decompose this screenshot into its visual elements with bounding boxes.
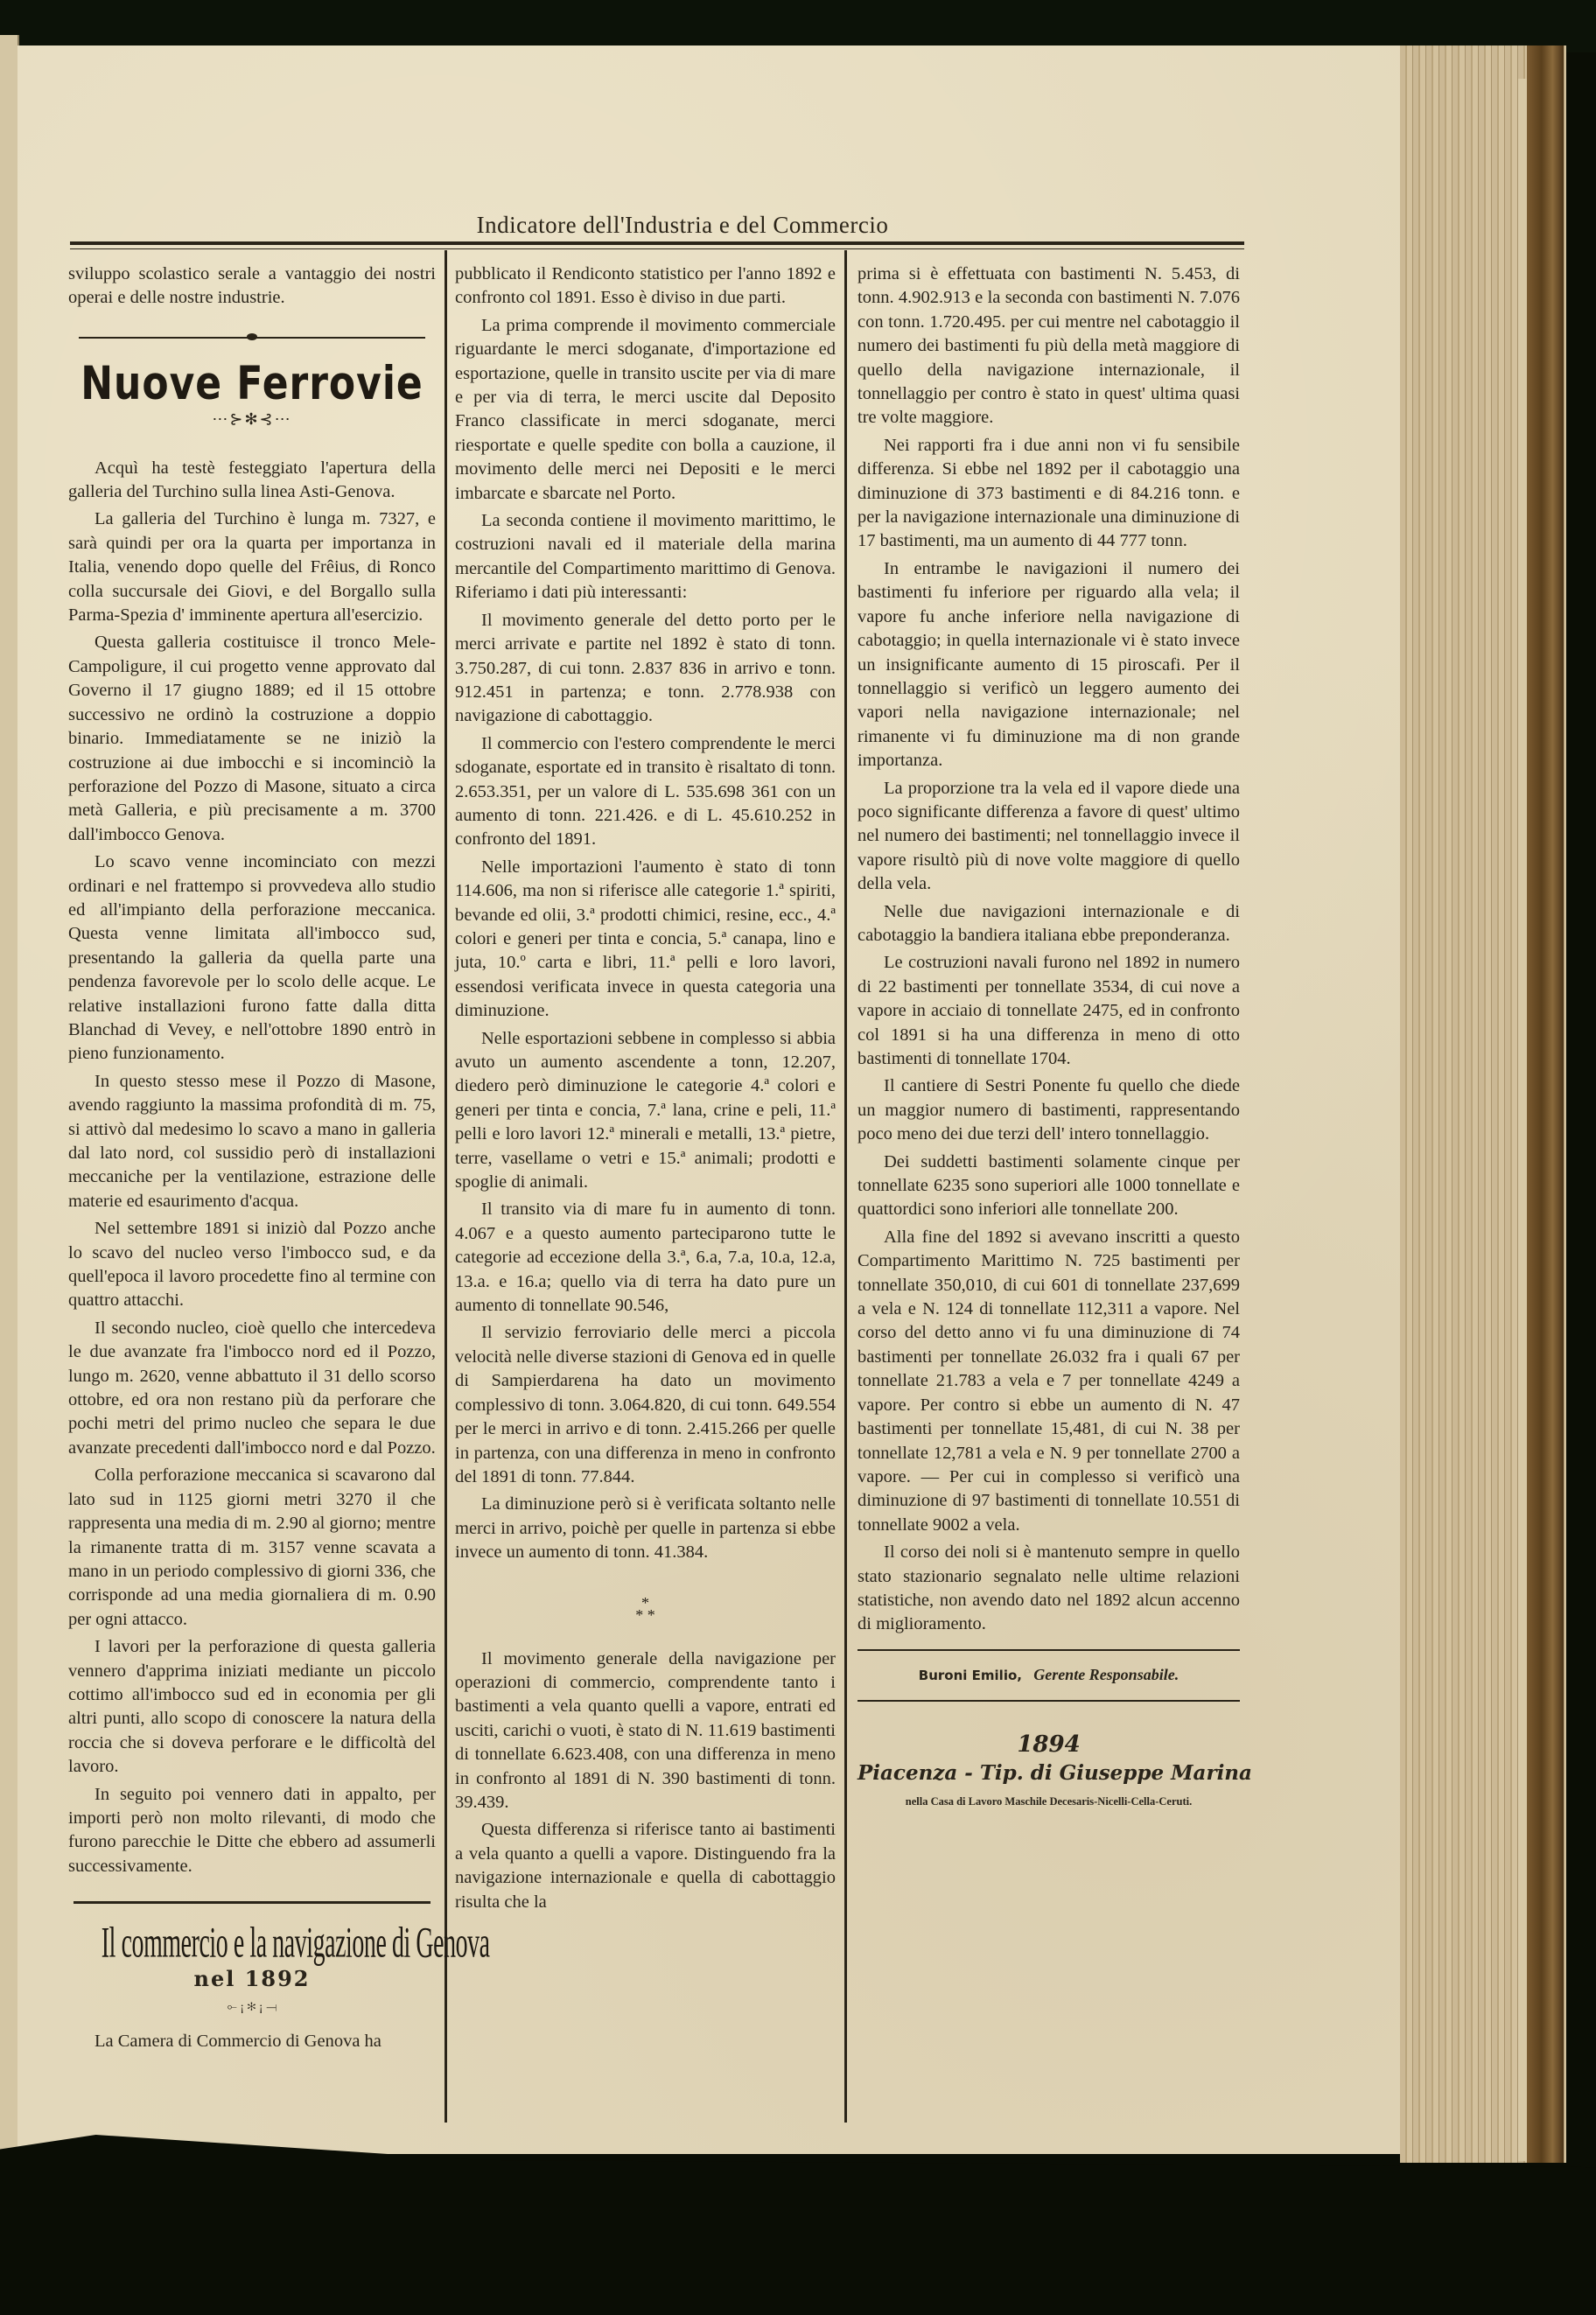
header-rule xyxy=(70,241,1244,245)
article-paragraph: Il cantiere di Sestri Ponente fu quello … xyxy=(857,1074,1240,1146)
scan-background-top xyxy=(0,0,1596,52)
column-1: sviluppo scolastico serale a vantaggio d… xyxy=(68,262,436,2058)
article-paragraph: Nelle esportazioni sebbene in complesso … xyxy=(455,1027,836,1195)
article-paragraph: In seguito poi vennero dati in appalto, … xyxy=(68,1783,436,1879)
article-paragraph: Le costruzioni navali furono nel 1892 in… xyxy=(857,951,1240,1071)
article-paragraph: I lavori per la perforazione di questa g… xyxy=(68,1635,436,1779)
imprint-year: 1894 xyxy=(857,1733,1240,1757)
article-paragraph: Il corso dei noli si è mantenuto sempre … xyxy=(857,1541,1240,1637)
publication-title: Indicatore dell'Industria e del Commerci… xyxy=(455,212,910,239)
fleuron-ornament-icon: ⟜ ¡ ✻ ¡ ⟞ xyxy=(68,1996,436,2019)
scan-background-bottom xyxy=(0,2135,1596,2315)
article-headline: Nuove Ferrovie xyxy=(68,369,436,398)
section-divider xyxy=(73,1901,430,1904)
article-paragraph: Questa differenza si riferisce tanto ai … xyxy=(455,1818,836,1914)
header-rule-thin xyxy=(70,248,1244,249)
article-paragraph: La seconda contiene il movimento maritti… xyxy=(455,509,836,605)
article-paragraph: pubblicato il Rendiconto statistico per … xyxy=(455,262,836,311)
article-paragraph: Acquì ha testè festeggiato l'apertura de… xyxy=(68,457,436,505)
article-headline: Il commercio e la navigazione di Genova xyxy=(101,1927,402,1962)
article-paragraph: Il transito via di mare fu in aumento di… xyxy=(455,1198,836,1318)
article-paragraph: Il movimento generale del detto porto pe… xyxy=(455,609,836,729)
article-paragraph: Nelle importazioni l'aumento è stato di … xyxy=(455,856,836,1024)
fleuron-ornament-icon: ⋯⊱✻⊰⋯ xyxy=(68,408,436,431)
running-header: Indicatore dell'Industria e del Commerci… xyxy=(70,210,1244,250)
column-3: prima si è effettuata con bastimenti N. … xyxy=(857,262,1240,1814)
article-paragraph: prima si è effettuata con bastimenti N. … xyxy=(857,262,1240,430)
article-paragraph: Il servizio ferroviario delle merci a pi… xyxy=(455,1321,836,1489)
asterism-icon: * * * xyxy=(455,1597,836,1621)
signature-rule xyxy=(857,1649,1240,1651)
article-paragraph: La galleria del Turchino è lunga m. 7327… xyxy=(68,507,436,627)
article-paragraph: In entrambe le navigazioni il numero dei… xyxy=(857,557,1240,773)
signature-name: Buroni Emilio, xyxy=(919,1668,1022,1683)
ornamental-divider xyxy=(68,330,436,346)
column-2: pubblicato il Rendiconto statistico per … xyxy=(455,262,836,1918)
article-paragraph: Il commercio con l'estero comprendente l… xyxy=(455,732,836,852)
signature-role: Gerente Responsabile. xyxy=(1033,1666,1179,1683)
book-binding xyxy=(1527,45,1564,2163)
article-paragraph: Alla fine del 1892 si avevano inscritti … xyxy=(857,1226,1240,1537)
article-paragraph: Nelle due navigazioni internazionale e d… xyxy=(857,900,1240,948)
article-subheadline: nel 1892 xyxy=(68,1967,436,1990)
column-divider xyxy=(444,250,447,2123)
column-divider xyxy=(844,250,847,2123)
article-paragraph: La prima comprende il movimento commerci… xyxy=(455,314,836,506)
imprint-note: nella Casa di Lavoro Maschile Decesaris-… xyxy=(857,1790,1240,1814)
article-paragraph: Nei rapporti fra i due anni non vi fu se… xyxy=(857,434,1240,554)
facing-page-edge xyxy=(0,35,19,2187)
article-paragraph: Il movimento generale della navigazione … xyxy=(455,1647,836,1815)
imprint-printer: Piacenza - Tip. di Giuseppe Marina xyxy=(857,1761,1240,1785)
article-paragraph: La proporzione tra la vela ed il vapore … xyxy=(857,777,1240,897)
article-paragraph: La Camera di Commercio di Genova ha xyxy=(68,2030,436,2053)
article-paragraph: Lo scavo venne incominciato con mezzi or… xyxy=(68,850,436,1067)
article-paragraph: Il secondo nucleo, cioè quello che inter… xyxy=(68,1317,436,1460)
article-paragraph: Questa galleria costituisce il tronco Me… xyxy=(68,631,436,847)
carryover-paragraph: sviluppo scolastico serale a vantaggio d… xyxy=(68,262,436,311)
article-paragraph: In questo stesso mese il Pozzo di Masone… xyxy=(68,1070,436,1213)
signature-line: Buroni Emilio, Gerente Responsabile. xyxy=(857,1663,1240,1688)
article-paragraph: Colla perforazione meccanica si scavaron… xyxy=(68,1464,436,1632)
article-paragraph: Nel settembre 1891 si iniziò dal Pozzo a… xyxy=(68,1217,436,1313)
article-paragraph: Dei suddetti bastimenti solamente cinque… xyxy=(857,1151,1240,1222)
signature-rule xyxy=(857,1700,1240,1702)
article-paragraph: La diminuzione però si è verificata solt… xyxy=(455,1493,836,1564)
